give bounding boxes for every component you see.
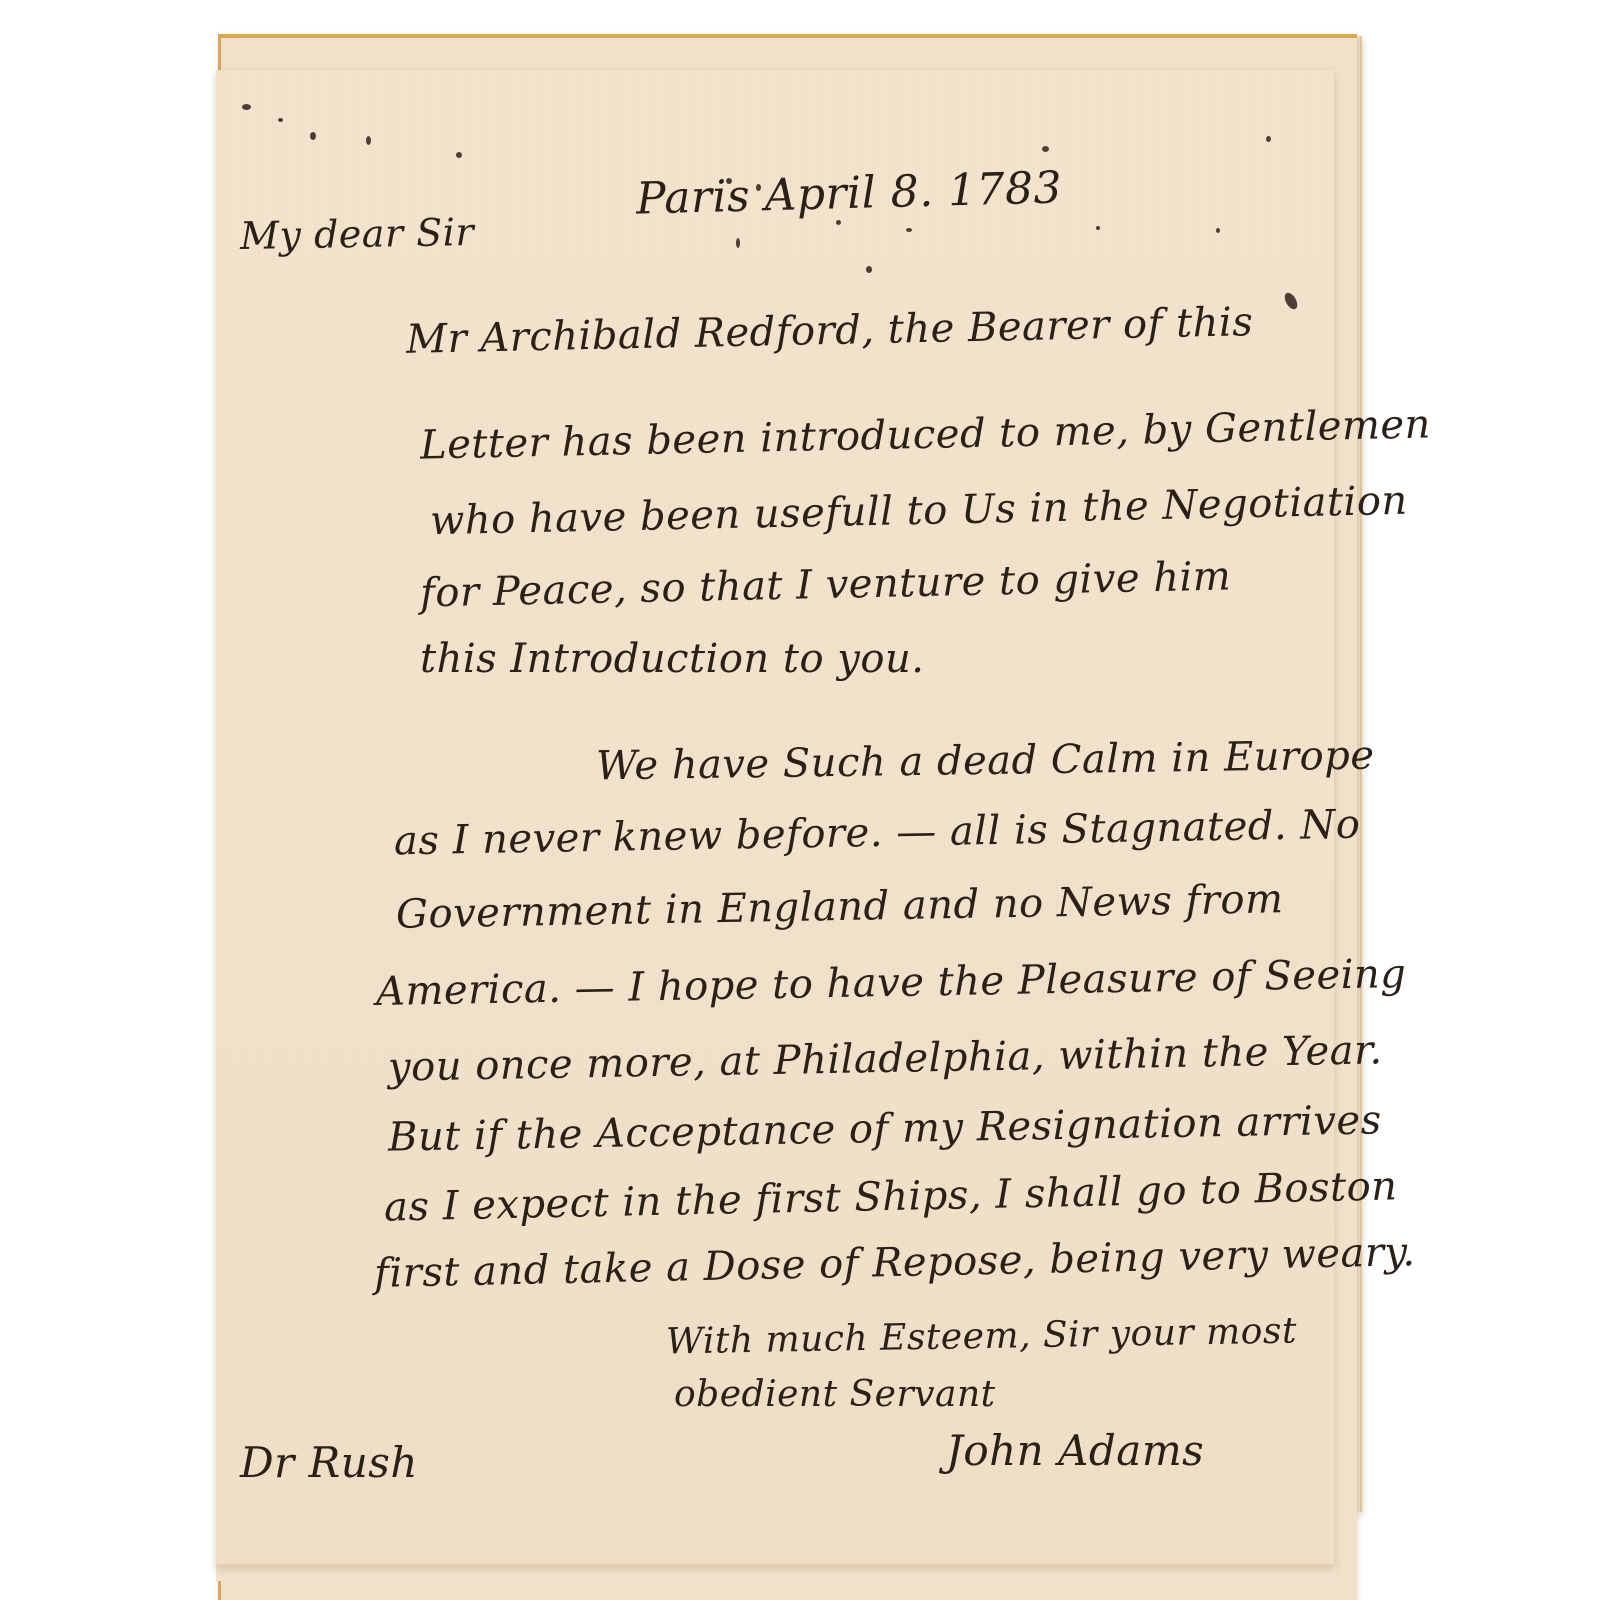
- body-line: Mr Archibald Redford, the Bearer of this: [406, 299, 1254, 363]
- body-line: this Introduction to you.: [420, 636, 924, 682]
- dateline: Paris April 8. 1783: [635, 162, 1062, 224]
- body-line: But if the Acceptance of my Resignation …: [388, 1097, 1382, 1160]
- closing-line: With much Esteem, Sir your most: [666, 1310, 1297, 1362]
- body-line: first and take a Dose of Repose, being v…: [374, 1229, 1416, 1297]
- body-line: Government in England and no News from: [396, 876, 1284, 937]
- body-line: as I expect in the first Ships, I shall …: [384, 1163, 1398, 1230]
- recipient: Dr Rush: [240, 1438, 418, 1487]
- salutation: My dear Sir: [240, 210, 475, 258]
- signature: John Adams: [946, 1426, 1204, 1475]
- letter-page: Paris April 8. 1783 My dear Sir Mr Archi…: [216, 70, 1334, 1566]
- closing-line: obedient Servant: [674, 1374, 996, 1415]
- body-line: America. — I hope to have the Pleasure o…: [376, 951, 1407, 1015]
- body-line: for Peace, so that I venture to give him: [420, 554, 1232, 617]
- body-line: as I never knew before. — all is Stagnat…: [394, 802, 1361, 865]
- body-line: Letter has been introduced to me, by Gen…: [420, 401, 1432, 468]
- body-line: We have Such a dead Calm in Europe: [596, 733, 1375, 790]
- body-line: who have been usefull to Us in the Negot…: [430, 478, 1408, 544]
- body-line: you once more, at Philadelphia, within t…: [388, 1027, 1383, 1090]
